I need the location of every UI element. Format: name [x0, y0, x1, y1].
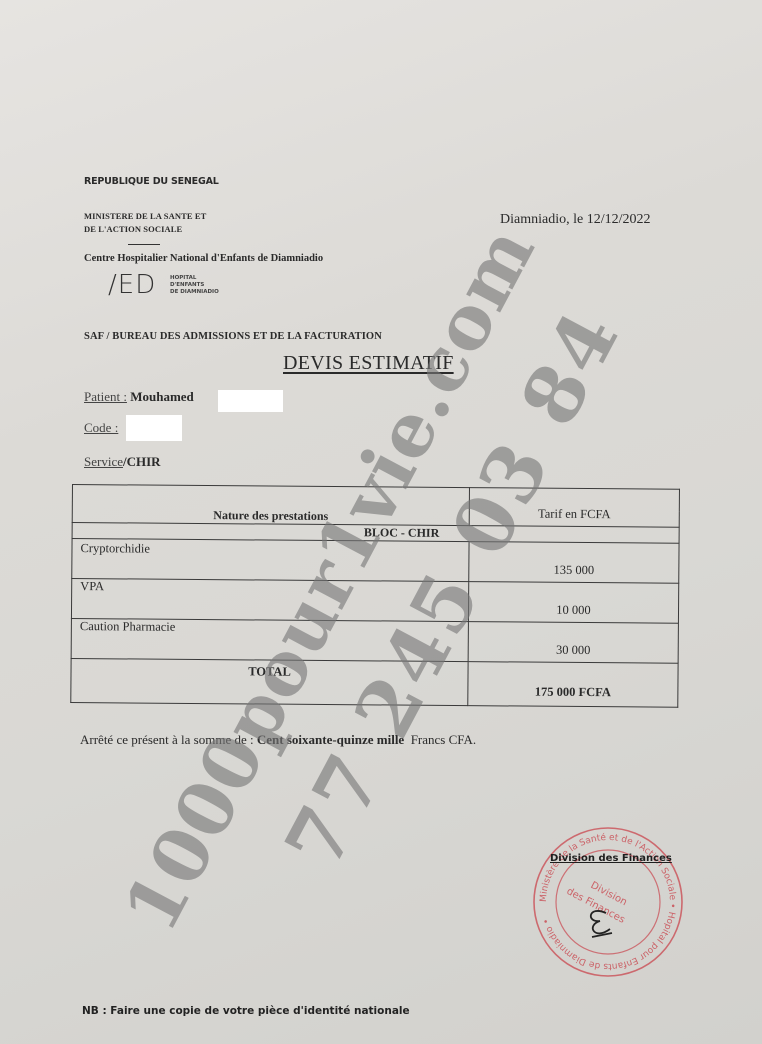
finance-stamp: Ministère de la Santé et de l'Action Soc… [528, 825, 688, 980]
amount-in-words: Cent soixante-quinze mille [257, 732, 404, 747]
table-row: Caution Pharmacie 30 000 [71, 618, 678, 663]
service-value: /CHIR [123, 454, 161, 469]
code-label: Code : [84, 420, 118, 435]
service-label: Service [84, 454, 123, 469]
amount-suffix: Francs CFA. [404, 732, 476, 747]
code-field: Code : [84, 420, 118, 436]
logo-mark: /ED [108, 270, 156, 300]
document-title: DEVIS ESTIMATIF [283, 352, 454, 375]
amount-statement: Arrêté ce présent à la somme de : Cent s… [80, 732, 476, 748]
ministry-line-2: DE L'ACTION SOCIALE [84, 223, 206, 236]
row-label: Caution Pharmacie [71, 618, 468, 661]
row-amount: 135 000 [469, 541, 679, 583]
footer-note: NB : Faire une copie de votre pièce d'id… [82, 1005, 410, 1017]
amount-prefix: Arrêté ce présent à la somme de : [80, 732, 257, 747]
row-label: VPA [71, 578, 468, 621]
row-label: Cryptorchidie [72, 538, 469, 581]
patient-label: Patient : [84, 389, 127, 404]
total-row: TOTAL 175 000 FCFA [71, 658, 678, 707]
ministry-line-1: MINISTERE DE LA SANTE ET [84, 210, 206, 223]
table-row: Cryptorchidie 135 000 [72, 538, 679, 583]
institution-name: Centre Hospitalier National d'Enfants de… [84, 253, 323, 264]
header-tarif: Tarif en FCFA [469, 488, 679, 527]
stamp-seal-icon: Ministère de la Santé et de l'Action Soc… [528, 825, 688, 980]
table-row: VPA 10 000 [71, 578, 678, 623]
country-header: REPUBLIQUE DU SENEGAL [84, 176, 219, 187]
ministry-header: MINISTERE DE LA SANTE ET DE L'ACTION SOC… [84, 210, 206, 236]
total-amount: 175 000 FCFA [468, 661, 678, 707]
redacted-patient-surname [218, 390, 283, 412]
logo-text: HOPITAL D'ENFANTS DE DIAMNIADIO [170, 275, 219, 296]
header-divider [128, 244, 160, 245]
total-label: TOTAL [71, 658, 468, 705]
place-date: Diamniadio, le 12/12/2022 [500, 212, 650, 228]
patient-name: Mouhamed [130, 389, 194, 404]
row-amount: 30 000 [468, 621, 678, 663]
hospital-logo: /ED HOPITAL D'ENFANTS DE DIAMNIADIO [108, 270, 238, 304]
department-header: SAF / BUREAU DES ADMISSIONS ET DE LA FAC… [84, 331, 382, 342]
service-field: Service/CHIR [84, 454, 161, 470]
patient-field: Patient : Mouhamed [84, 389, 194, 405]
redacted-code [126, 415, 182, 441]
stamp-title: Division des Finances [550, 853, 672, 864]
row-amount: 10 000 [468, 581, 678, 623]
quote-table: Tarif en FCFA Nature des prestations BLO… [70, 484, 680, 707]
